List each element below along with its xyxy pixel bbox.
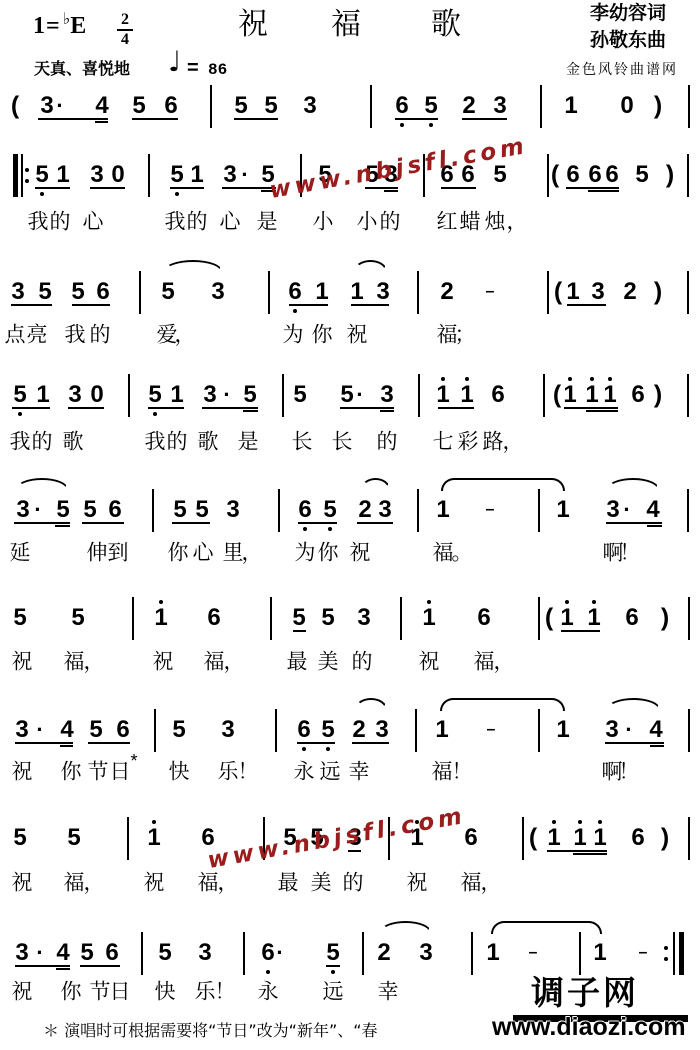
note: 3 [68,383,81,407]
composer-credit: 孙敬东曲 [590,31,666,50]
bar-line [688,597,690,640]
note: 1 [556,718,569,742]
beam-underline [380,410,394,412]
note: 3 [493,94,506,118]
lyric-char: 祝 [407,873,428,894]
beam-underline [348,850,361,852]
bracket: ( [553,383,561,408]
lyric-char: 为 [295,543,316,564]
bar-line [278,489,280,532]
note: 2 [377,941,390,965]
octave-dot-high [565,600,569,604]
augmentation-dot: · [223,384,230,406]
note: 5 [173,498,186,522]
bar-line [687,271,689,314]
augmentation-dot: · [34,499,41,521]
lyric-char: 福 [474,652,495,673]
beam-underline [586,410,618,412]
key-note: E [70,13,86,39]
lyric-char: 是 [238,432,259,453]
beam-underline [202,407,258,409]
lyric-char: 永 [294,762,315,783]
watermark-site-url: www.diaozi.com [492,1015,686,1040]
beam-underline [60,745,73,747]
lyric-char: 祝 [12,982,33,1003]
beam-underline [15,742,73,744]
octave-dot-low [303,527,307,531]
lyric-char: 美 [311,873,332,894]
bar-line [132,597,134,640]
note: 6 [164,94,177,118]
bar-line [268,271,270,314]
lyric-char: 路 [483,432,504,453]
lyric-char: ， [84,873,105,894]
lyric-char: 蜡 [460,212,481,233]
note: 5 [493,163,506,187]
note: 6 [288,280,301,304]
note: 6 [116,718,129,742]
bar-line [538,709,540,752]
lyric-char: 的 [187,212,208,233]
lyric-char: 的 [50,212,71,233]
lyric-char: 福 [64,652,85,673]
augmentation-dot: · [623,499,630,521]
lyric-char: 我 [28,212,49,233]
beam-underline [170,187,204,189]
note: 2 [623,280,636,304]
bar-line [210,85,212,128]
bar-line [540,85,542,128]
bar-line [141,932,143,975]
lyric-char: 美 [318,652,339,673]
note: 1 [587,606,600,630]
beam-underline [588,190,619,192]
note: 6 [297,718,310,742]
beam-underline [650,745,664,747]
beam-underline [148,407,184,409]
beam-underline [68,407,104,409]
lyric-char: 里 [223,543,244,564]
beam-underline [38,118,108,120]
lyric-char: ！ [452,762,473,783]
note: 4 [646,498,659,522]
note: 6 [105,941,118,965]
note: 1 [593,826,606,850]
note: 1 [603,383,616,407]
note: 3 [357,606,370,630]
repeat-end-thick-bar [679,932,684,975]
note: 1 [566,280,579,304]
lyric-char: 乐 [195,982,216,1003]
bracket: ) [661,606,669,631]
beam-underline [12,407,50,409]
beam-underline [566,187,619,189]
bar-line [270,597,272,640]
augmentation-dot: · [56,95,63,117]
lyric-char: 的 [380,212,401,233]
note: 6 [207,606,220,630]
augmentation-dot: · [36,719,43,741]
lyric-char: 快 [169,762,190,783]
note: 5 [161,280,174,304]
lyric-char: 的 [90,325,111,346]
quarter-note-icon: ♩ [168,48,181,76]
bar-line [687,374,689,417]
note: 5 [234,94,247,118]
lyric-char: 日 [110,982,131,1003]
note: 6 [261,941,274,965]
bracket: ( [551,163,559,188]
note: 4 [649,718,662,742]
rest: 0 [620,94,633,118]
source-site-label: 金色风铃曲谱网 [566,63,678,77]
lyric-char: 祝 [12,762,33,783]
note: 5 [323,498,336,522]
lyric-char: ， [494,652,515,673]
note: 4 [95,94,108,118]
bracket: ( [529,826,537,851]
lyric-char: 你 [312,325,333,346]
beam-underline [561,630,600,632]
octave-dot-low [175,192,179,196]
note: 5 [56,498,69,522]
note: 5 [243,383,256,407]
bracket: ) [661,826,669,851]
octave-dot-high [608,377,612,381]
beam-underline [90,187,125,189]
beam-underline [14,522,70,524]
note: 5 [132,94,145,118]
beam-underline [352,742,389,744]
bar-line [128,374,130,417]
note: 3 [591,280,604,304]
beam-underline [567,304,606,306]
octave-dot-high [427,600,431,604]
bar-line [579,932,581,975]
note: 3 [223,163,236,187]
note: 5 [71,606,84,630]
bar-line [417,271,419,314]
lyric-char: 祝 [144,873,165,894]
note: 1 [147,826,160,850]
bracket: ) [654,94,662,119]
bar-line [139,271,141,314]
beam-underline [172,522,210,524]
lyric-char: ， [242,543,263,564]
note: 3 [15,718,28,742]
lyric-char: 我 [165,212,186,233]
lyric-char: 祝 [350,543,371,564]
lyric-char: 日 [110,762,131,783]
watermark-url: www.nbjsfl.com [268,135,529,203]
lyric-char: 远 [323,982,344,1003]
lyric-char: 你 [318,543,339,564]
note: 5 [67,826,80,850]
note: 5 [195,498,208,522]
lyric-char: 为 [283,325,304,346]
note: 5 [13,826,26,850]
bar-line [543,374,545,417]
bar-line [688,817,690,860]
note: 6 [588,163,601,187]
lyric-char: 红 [437,212,458,233]
lyric-char: 延 [10,543,31,564]
beam-underline [35,187,70,189]
note: 6 [96,280,109,304]
note: 1 [556,498,569,522]
octave-dot-low [328,527,332,531]
note: 5 [424,94,437,118]
lyric-char: 的 [32,432,53,453]
tie [491,921,602,934]
lyric-char: 你 [61,982,82,1003]
lyricist-credit: 李幼容词 [590,4,666,23]
note: 1 [190,163,203,187]
lyric-char: 你 [61,762,82,783]
lyric-char: 。 [452,543,473,564]
lyric-char: ！ [619,762,640,783]
bracket: ) [666,163,674,188]
beam-underline [80,965,120,967]
slur [607,698,660,709]
bar-line [275,709,277,752]
bar-line [522,817,524,860]
bracket: ( [11,94,19,119]
lyric-char: ， [503,432,524,453]
beam-underline [88,742,130,744]
note: 5 [89,718,102,742]
beam-underline [55,525,70,527]
octave-dot-low [40,192,44,196]
note: 6 [631,826,644,850]
bar-line [547,154,549,197]
octave-dot-high [592,600,596,604]
lyric-char: ！ [620,543,641,564]
lyric-char: 福 [461,873,482,894]
lyric-char: 祝 [347,325,368,346]
bracket: ) [654,280,662,305]
note: 3 [11,280,24,304]
note: 5 [13,606,26,630]
lyric-char: 心 [193,543,214,564]
augmentation-dot: · [36,942,43,964]
lyric-char: 长 [332,432,353,453]
note: 1 [486,941,499,965]
lyric-char: 最 [287,652,308,673]
augmentation-dot: · [276,942,283,964]
note: 5 [326,941,339,965]
lyric-char: 福 [64,873,85,894]
octave-dot-low [331,970,335,974]
extension-dash: – [486,284,495,300]
beam-underline [234,118,278,120]
slur [16,478,68,489]
note: 3 [198,941,211,965]
note: 6 [605,163,618,187]
note: 5 [172,718,185,742]
rest: 0 [111,163,124,187]
beam-underline [605,742,664,744]
note: 3 [376,280,389,304]
note: 2 [462,94,475,118]
note: 6 [631,383,644,407]
octave-dot-low [153,412,157,416]
note: 5 [170,163,183,187]
lyric-char: ； [455,325,476,346]
note: 3 [303,94,316,118]
lyric-char: 祝 [419,652,440,673]
lyric-char: 心 [220,212,241,233]
bar-line [538,489,540,532]
note: 1 [563,383,576,407]
lyric-char: 幸 [378,982,399,1003]
note: 3 [90,163,103,187]
lyric-char: ， [507,212,528,233]
repeat-end-thin-bar [673,932,675,975]
note: 3 [226,498,239,522]
lyric-char: 烛 [485,212,506,233]
beam-underline [15,965,70,967]
flat-icon: ♭ [63,9,71,28]
bar-line [417,489,419,532]
beam-underline [11,304,52,306]
note: 3 [380,383,393,407]
title-char: 歌 [431,10,461,40]
octave-dot-high [578,820,582,824]
note: 1 [56,163,69,187]
bar-line [127,817,129,860]
lyric-char: 到 [108,543,129,564]
note: 6 [108,498,121,522]
lyric-char: 伸 [87,543,108,564]
note: 5 [292,606,305,630]
lyric-char: 我 [10,432,31,453]
beam-underline [297,742,335,744]
tempo-equals: = [187,58,199,78]
note: 3 [419,941,432,965]
key-equals: = [46,13,60,39]
beam-underline [56,968,70,970]
lyric-char: 你 [168,543,189,564]
beam-underline [293,630,306,632]
note: 1 [460,383,473,407]
lyric-char: 我 [145,432,166,453]
beam-underline [395,118,438,120]
note: 6 [395,94,408,118]
octave-dot-high [465,377,469,381]
octave-dot-low [18,412,22,416]
lyric-char: 福 [433,543,454,564]
note: 3 [221,718,234,742]
beam-underline [547,850,607,852]
beam-underline [384,190,398,192]
octave-dot-high [552,820,556,824]
lyric-char: 小 [357,212,378,233]
note: 1 [564,94,577,118]
octave-dot-high [598,820,602,824]
note: 6 [298,498,311,522]
note: 5 [635,163,648,187]
repeat-dot [664,957,668,961]
lyric-char: 远 [320,762,341,783]
augmentation-dot: · [241,164,248,186]
note: 1 [593,941,606,965]
octave-dot-low [266,970,270,974]
lyric-char: 祝 [153,652,174,673]
beam-underline [462,118,507,120]
time-signature-unit: 4 [117,32,133,48]
note: 1 [436,498,449,522]
octave-dot-low [293,309,297,313]
bar-line [688,85,690,128]
note: 5 [340,383,353,407]
bar-line [687,489,689,532]
lyric-char: 点 [5,325,26,346]
note: 3 [605,718,618,742]
note: 2 [358,498,371,522]
note: 5 [35,163,48,187]
title-char: 福 [331,10,361,40]
lyric-char: 长 [292,432,313,453]
beam-underline [132,118,178,120]
beam-underline [438,407,474,409]
lyric-char: 歌 [198,432,219,453]
note: 6 [625,606,638,630]
note: 3 [16,498,29,522]
lyric-char: 永 [258,982,279,1003]
bar-line [471,932,473,975]
lyric-char: 祝 [12,873,33,894]
octave-dot-high [152,820,156,824]
note: 3 [15,941,28,965]
note: 1 [547,826,560,850]
note: 5 [321,718,334,742]
lyric-char: 幸 [349,762,370,783]
repeat-dot [25,168,29,172]
lyric-char: ！ [215,982,236,1003]
slur [164,260,222,271]
bar-line [154,709,156,752]
beam-underline [606,522,662,524]
bar-line [418,374,420,417]
lyric-char: 心 [83,212,104,233]
note: 6 [491,383,504,407]
octave-dot-low [400,123,404,127]
watermark-site-name: 调子网 [531,976,639,1009]
note: 5 [148,383,161,407]
note: 1 [436,383,449,407]
note: 5 [80,941,93,965]
note: 4 [60,718,73,742]
note: 6 [464,826,477,850]
beam-underline [564,407,618,409]
note: 1 [350,280,363,304]
bar-line [400,597,402,640]
lyric-char: 是 [257,212,278,233]
title-char: 祝 [238,10,268,40]
lyric-char: 的 [352,652,373,673]
lyric-char: 节 [88,762,109,783]
bar-line [687,154,689,197]
rest: 0 [90,383,103,407]
note: 1 [435,718,448,742]
octave-dot-high [568,377,572,381]
augmentation-dot: · [356,384,363,406]
lyric-char: 亮 [27,325,48,346]
beam-underline [243,410,258,412]
extension-dash: – [487,722,496,738]
note: 1 [154,606,167,630]
